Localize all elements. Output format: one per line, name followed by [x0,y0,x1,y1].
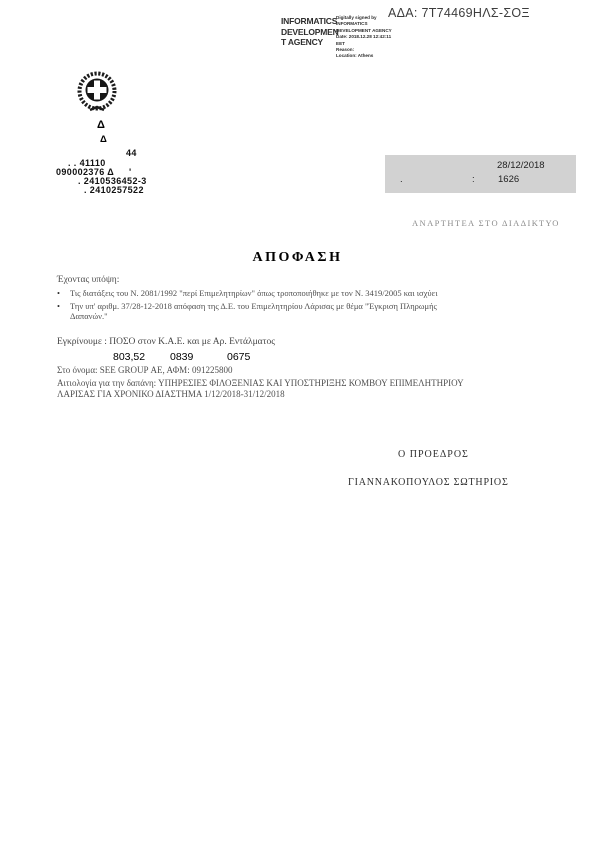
protocol-date: 28/12/2018 [497,160,545,171]
bullet-list: • Τις διατάξεις του Ν. 2081/1992 "περί Ε… [57,288,562,324]
letterhead-delta-small: Δ [100,134,107,145]
signature-detail-line: Date: 2018.12.28 12:42:11 [336,34,392,40]
agency-name-line: INFORMATICS [281,16,339,27]
bullet-item: • Την υπ' αριθμ. 37/28-12-2018 απόφαση τ… [57,301,562,322]
greek-emblem-icon [76,68,118,121]
web-posting-note: ΑΝΑΡΤΗΤΕΑ ΣΤΟ ΔΙΑΔΙΚΤΥΟ [412,218,560,228]
signature-role: Ο ΠΡΟΕΔΡΟΣ [398,449,469,460]
decision-title: ΑΠΟΦΑΣΗ [0,250,595,266]
digital-signature-agency: INFORMATICS DEVELOPMEN T AGENCY [281,16,339,48]
letterhead-street-number: 44 [126,148,137,158]
signature-detail-line: Location: Athens [336,53,392,59]
letterhead-fax-line: . 2410257522 [84,185,144,195]
bullet-dot-icon: • [57,288,70,299]
agency-name-line: DEVELOPMEN [281,27,339,38]
protocol-colon: : [472,174,475,185]
pdf-page: ΑΔΑ: 7Τ74469ΗΛΣ-ΣΟΞ INFORMATICS DEVELOPM… [0,0,595,842]
reason-line-2: ΛΑΡΙΣΑΣ ΓΙΑ ΧΡΟΝΙΚΟ ΔΙΑΣΤΗΜΑ 1/12/2018-3… [57,389,285,399]
bullet-line: Την υπ' αριθμ. 37/28-12-2018 απόφαση της… [70,301,437,312]
bullet-dot-icon: • [57,301,70,322]
protocol-dot: . [400,174,403,185]
preamble: Έχοντας υπόψη: [57,275,119,285]
warrant-number: 0675 [227,351,250,363]
bullet-line: Δαπανών." [70,311,437,322]
protocol-box: 28/12/2018 . : 1626 [385,155,576,193]
approval-line: Εγκρίνουμε : ΠΟΣΟ στον Κ.Α.Ε. και με Αρ.… [57,337,275,347]
signature-name: ΓΙΑΝΝΑΚΟΠΟΥΛΟΣ ΣΩΤΗΡΙΟΣ [348,477,509,488]
ada-code: ΑΔΑ: 7Τ74469ΗΛΣ-ΣΟΞ [388,6,530,20]
beneficiary-line: Στο όνομα: SEE GROUP ΑΕ, ΑΦΜ: 091225800 [57,365,232,375]
bullet-line: Τις διατάξεις του Ν. 2081/1992 "περί Επι… [70,288,437,299]
reason-line-1: Αιτιολογία για την δαπάνη: ΥΠΗΡΕΣΙΕΣ ΦΙΛ… [57,378,464,388]
letterhead-delta-large: Δ [97,119,105,131]
kae-value: 0839 [170,351,193,363]
protocol-number: 1626 [498,174,519,185]
amount-value: 803,52 [113,351,145,363]
bullet-item: • Τις διατάξεις του Ν. 2081/1992 "περί Ε… [57,288,562,299]
digital-signature-details: Digitally signed by INFORMATICS DEVELOPM… [336,15,392,60]
agency-name-line: T AGENCY [281,37,339,48]
